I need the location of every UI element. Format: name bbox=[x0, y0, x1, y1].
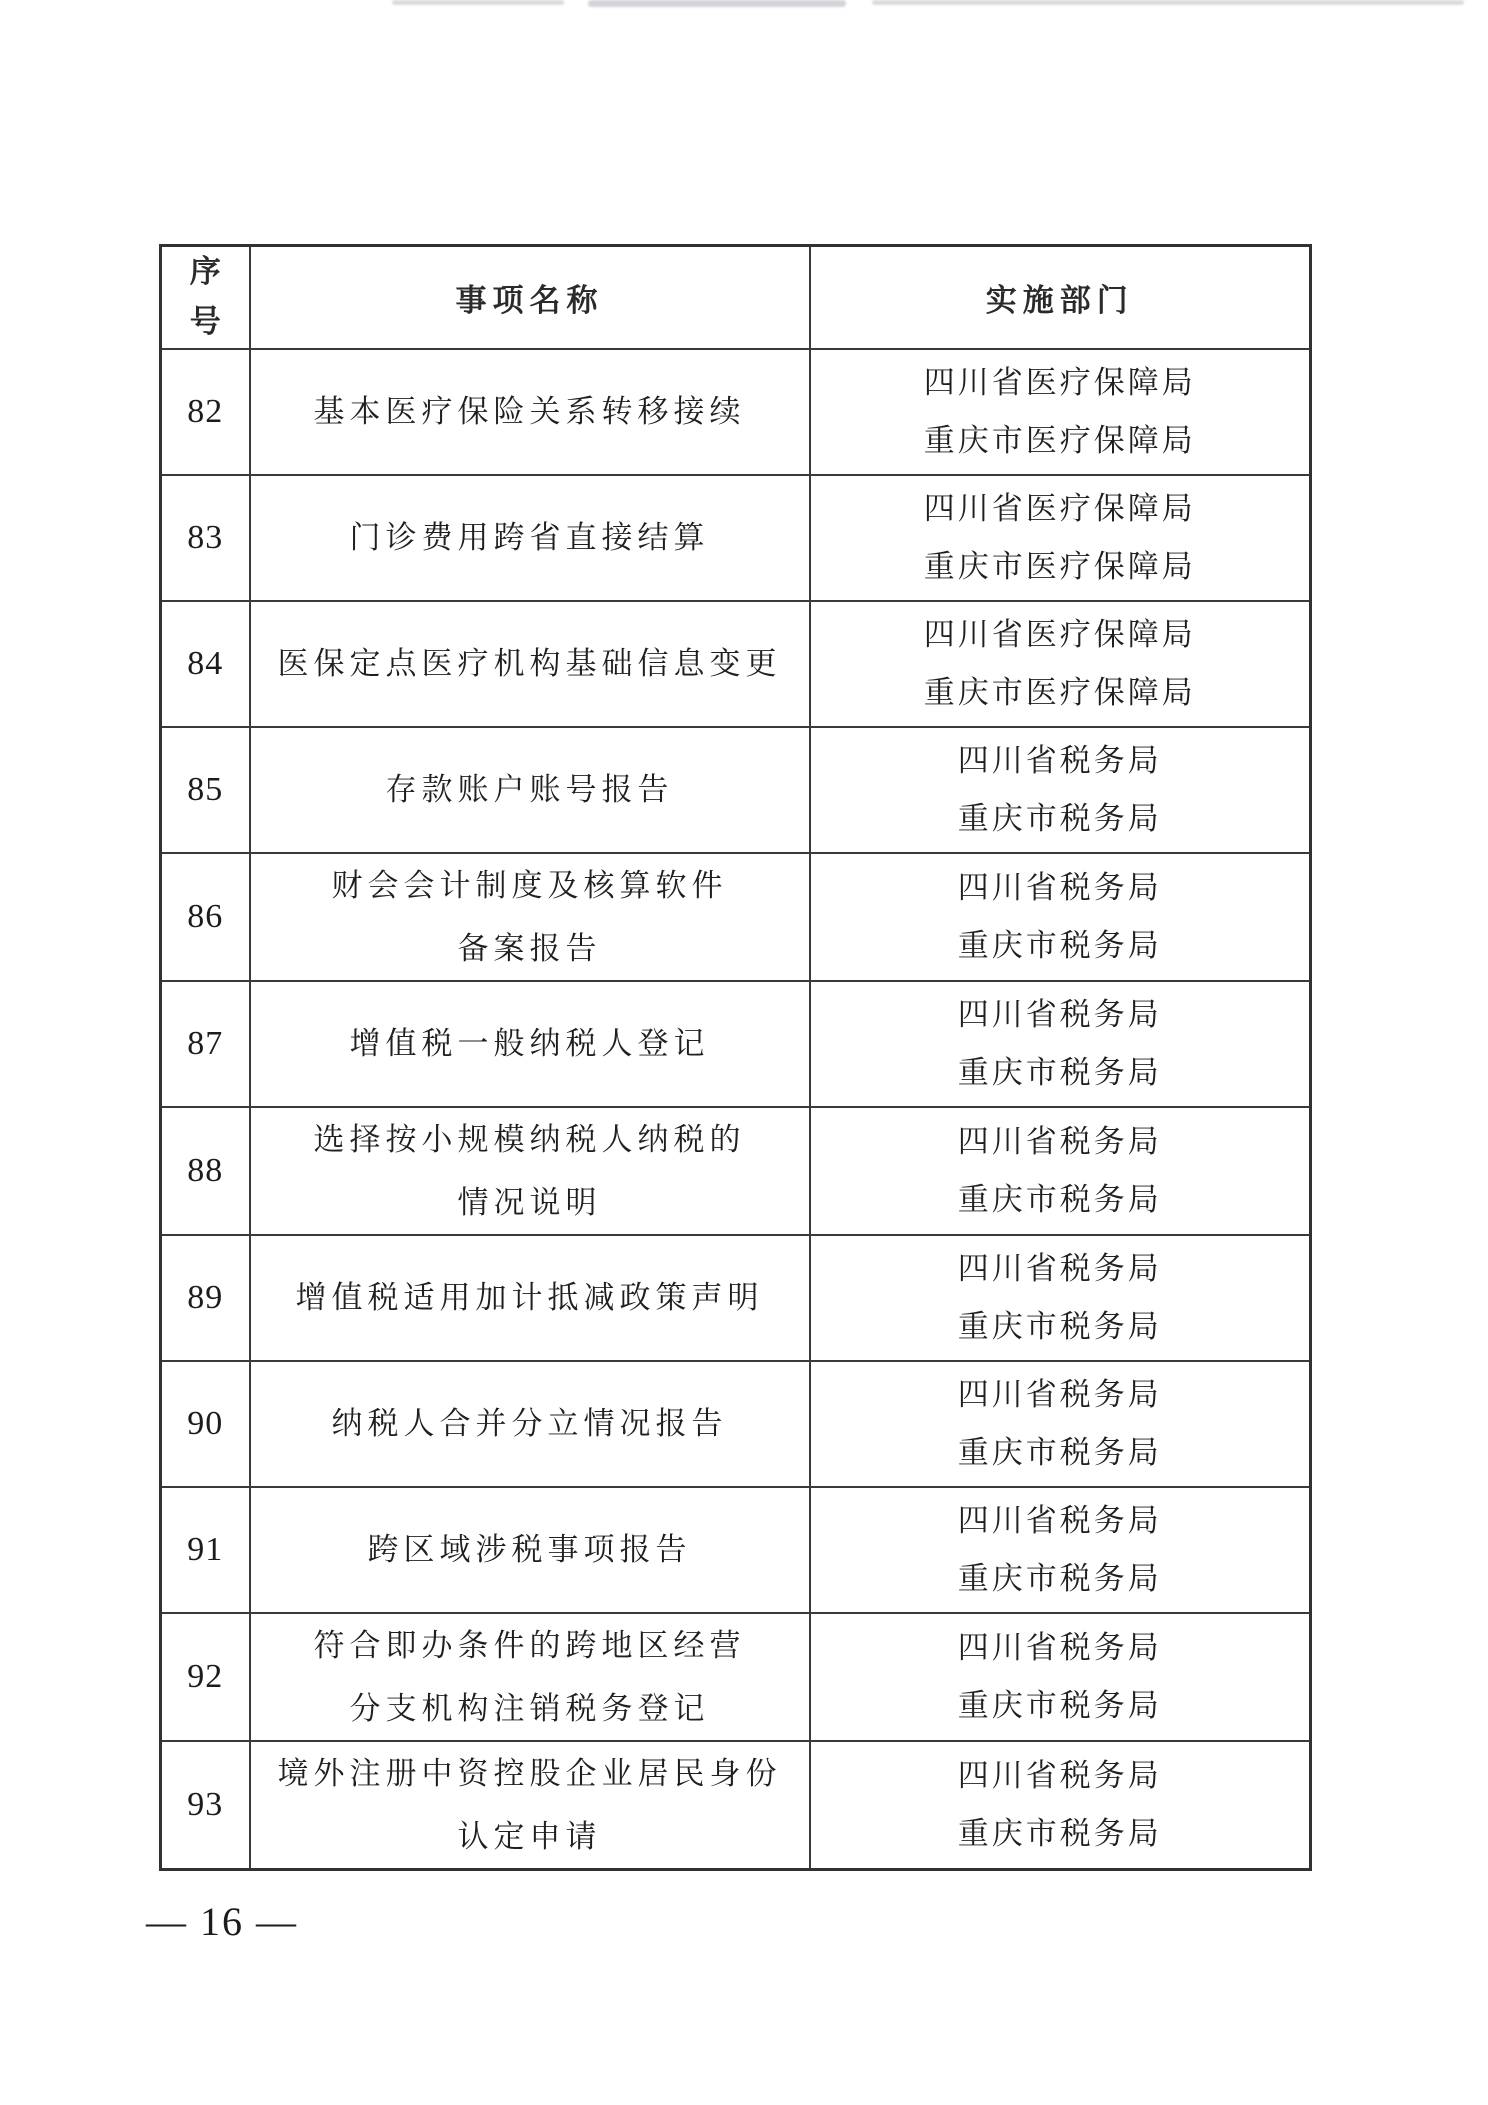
row-department-cell: 四川省医疗保障局重庆市医疗保障局 bbox=[810, 475, 1311, 601]
header-col-item-name: 事项名称 bbox=[250, 246, 810, 349]
table-row: 89 增值税适用加计抵减政策声明 四川省税务局重庆市税务局 bbox=[161, 1235, 1311, 1361]
item-name-line: 选择按小规模纳税人纳税的 bbox=[314, 1108, 746, 1171]
department-line: 重庆市税务局 bbox=[958, 1805, 1162, 1863]
department-line: 四川省税务局 bbox=[958, 1492, 1162, 1550]
department-line: 重庆市税务局 bbox=[958, 790, 1162, 848]
department-line: 四川省医疗保障局 bbox=[924, 606, 1196, 664]
row-department-cell: 四川省税务局重庆市税务局 bbox=[810, 1235, 1311, 1361]
department-line: 重庆市税务局 bbox=[958, 1550, 1162, 1608]
table-row: 85 存款账户账号报告 四川省税务局重庆市税务局 bbox=[161, 727, 1311, 853]
department-line: 四川省税务局 bbox=[958, 1747, 1162, 1805]
row-department-cell: 四川省税务局重庆市税务局 bbox=[810, 1613, 1311, 1741]
department-line: 四川省税务局 bbox=[958, 732, 1162, 790]
item-name-line: 情况说明 bbox=[458, 1171, 602, 1234]
department-line: 重庆市税务局 bbox=[958, 917, 1162, 975]
table-row: 92 符合即办条件的跨地区经营分支机构注销税务登记 四川省税务局重庆市税务局 bbox=[161, 1613, 1311, 1741]
row-number-cell: 86 bbox=[161, 853, 250, 981]
department-line: 重庆市税务局 bbox=[958, 1171, 1162, 1229]
department-line: 重庆市医疗保障局 bbox=[924, 664, 1196, 722]
item-name-line: 基本医疗保险关系转移接续 bbox=[314, 380, 746, 443]
row-number-cell: 84 bbox=[161, 601, 250, 727]
item-name-line: 财会会计制度及核算软件 bbox=[332, 854, 728, 917]
table-header-row: 序 号 事项名称 实施部门 bbox=[161, 246, 1311, 349]
row-department-cell: 四川省税务局重庆市税务局 bbox=[810, 1361, 1311, 1487]
department-line: 四川省医疗保障局 bbox=[924, 354, 1196, 412]
row-item-name-cell: 门诊费用跨省直接结算 bbox=[250, 475, 810, 601]
table-row: 86 财会会计制度及核算软件备案报告 四川省税务局重庆市税务局 bbox=[161, 853, 1311, 981]
row-number-cell: 87 bbox=[161, 981, 250, 1107]
item-name-line: 门诊费用跨省直接结算 bbox=[350, 506, 710, 569]
header-col-number-line: 序 bbox=[190, 247, 221, 297]
row-number-cell: 83 bbox=[161, 475, 250, 601]
row-number-cell: 92 bbox=[161, 1613, 250, 1741]
table-row: 88 选择按小规模纳税人纳税的情况说明 四川省税务局重庆市税务局 bbox=[161, 1107, 1311, 1235]
row-item-name-cell: 增值税一般纳税人登记 bbox=[250, 981, 810, 1107]
department-line: 四川省税务局 bbox=[958, 1240, 1162, 1298]
document-page: 序 号 事项名称 实施部门 82 基本医疗保险关系转移接续 四川省医疗保障局重庆… bbox=[0, 0, 1488, 2105]
item-name-line: 医保定点医疗机构基础信息变更 bbox=[278, 632, 782, 695]
row-item-name-cell: 境外注册中资控股企业居民身份认定申请 bbox=[250, 1741, 810, 1870]
row-item-name-cell: 存款账户账号报告 bbox=[250, 727, 810, 853]
item-name-line: 境外注册中资控股企业居民身份 bbox=[278, 1742, 782, 1805]
table-row: 83 门诊费用跨省直接结算 四川省医疗保障局重庆市医疗保障局 bbox=[161, 475, 1311, 601]
item-name-line: 符合即办条件的跨地区经营 bbox=[314, 1614, 746, 1677]
row-department-cell: 四川省税务局重庆市税务局 bbox=[810, 1107, 1311, 1235]
department-line: 四川省税务局 bbox=[958, 986, 1162, 1044]
row-department-cell: 四川省医疗保障局重庆市医疗保障局 bbox=[810, 601, 1311, 727]
item-name-line: 认定申请 bbox=[458, 1805, 602, 1868]
row-item-name-cell: 纳税人合并分立情况报告 bbox=[250, 1361, 810, 1487]
department-line: 重庆市医疗保障局 bbox=[924, 412, 1196, 470]
table-row: 82 基本医疗保险关系转移接续 四川省医疗保障局重庆市医疗保障局 bbox=[161, 349, 1311, 475]
item-name-line: 增值税适用加计抵减政策声明 bbox=[296, 1266, 764, 1329]
scan-artifact bbox=[872, 0, 1464, 5]
item-name-line: 跨区域涉税事项报告 bbox=[368, 1518, 692, 1581]
row-department-cell: 四川省税务局重庆市税务局 bbox=[810, 981, 1311, 1107]
table-row: 84 医保定点医疗机构基础信息变更 四川省医疗保障局重庆市医疗保障局 bbox=[161, 601, 1311, 727]
row-item-name-cell: 基本医疗保险关系转移接续 bbox=[250, 349, 810, 475]
row-number-cell: 93 bbox=[161, 1741, 250, 1870]
row-number-cell: 82 bbox=[161, 349, 250, 475]
department-line: 四川省税务局 bbox=[958, 1619, 1162, 1677]
department-line: 重庆市税务局 bbox=[958, 1298, 1162, 1356]
page-number: — 16 — bbox=[146, 1898, 298, 1945]
department-line: 重庆市税务局 bbox=[958, 1044, 1162, 1102]
row-department-cell: 四川省税务局重庆市税务局 bbox=[810, 853, 1311, 981]
row-number-cell: 89 bbox=[161, 1235, 250, 1361]
department-line: 重庆市医疗保障局 bbox=[924, 538, 1196, 596]
item-name-line: 增值税一般纳税人登记 bbox=[350, 1012, 710, 1075]
row-item-name-cell: 医保定点医疗机构基础信息变更 bbox=[250, 601, 810, 727]
row-item-name-cell: 财会会计制度及核算软件备案报告 bbox=[250, 853, 810, 981]
department-line: 四川省医疗保障局 bbox=[924, 480, 1196, 538]
table-row: 91 跨区域涉税事项报告 四川省税务局重庆市税务局 bbox=[161, 1487, 1311, 1613]
item-name-line: 分支机构注销税务登记 bbox=[350, 1677, 710, 1740]
row-item-name-cell: 选择按小规模纳税人纳税的情况说明 bbox=[250, 1107, 810, 1235]
table-row: 90 纳税人合并分立情况报告 四川省税务局重庆市税务局 bbox=[161, 1361, 1311, 1487]
header-col-number: 序 号 bbox=[161, 246, 250, 349]
department-line: 重庆市税务局 bbox=[958, 1424, 1162, 1482]
department-line: 四川省税务局 bbox=[958, 859, 1162, 917]
row-number-cell: 91 bbox=[161, 1487, 250, 1613]
header-col-department: 实施部门 bbox=[810, 246, 1311, 349]
row-item-name-cell: 增值税适用加计抵减政策声明 bbox=[250, 1235, 810, 1361]
row-department-cell: 四川省税务局重庆市税务局 bbox=[810, 1741, 1311, 1870]
department-line: 四川省税务局 bbox=[958, 1366, 1162, 1424]
row-number-cell: 85 bbox=[161, 727, 250, 853]
item-name-line: 纳税人合并分立情况报告 bbox=[332, 1392, 728, 1455]
row-department-cell: 四川省税务局重庆市税务局 bbox=[810, 1487, 1311, 1613]
department-line: 重庆市税务局 bbox=[958, 1677, 1162, 1735]
table-row: 87 增值税一般纳税人登记 四川省税务局重庆市税务局 bbox=[161, 981, 1311, 1107]
item-name-line: 备案报告 bbox=[458, 917, 602, 980]
row-number-cell: 88 bbox=[161, 1107, 250, 1235]
row-item-name-cell: 跨区域涉税事项报告 bbox=[250, 1487, 810, 1613]
row-item-name-cell: 符合即办条件的跨地区经营分支机构注销税务登记 bbox=[250, 1613, 810, 1741]
row-number-cell: 90 bbox=[161, 1361, 250, 1487]
row-department-cell: 四川省医疗保障局重庆市医疗保障局 bbox=[810, 349, 1311, 475]
scan-artifact bbox=[392, 0, 564, 5]
scan-artifact bbox=[588, 0, 846, 7]
items-table: 序 号 事项名称 实施部门 82 基本医疗保险关系转移接续 四川省医疗保障局重庆… bbox=[159, 244, 1312, 1871]
department-line: 四川省税务局 bbox=[958, 1113, 1162, 1171]
table-row: 93 境外注册中资控股企业居民身份认定申请 四川省税务局重庆市税务局 bbox=[161, 1741, 1311, 1870]
row-department-cell: 四川省税务局重庆市税务局 bbox=[810, 727, 1311, 853]
header-col-number-line: 号 bbox=[190, 297, 221, 347]
item-name-line: 存款账户账号报告 bbox=[386, 758, 674, 821]
